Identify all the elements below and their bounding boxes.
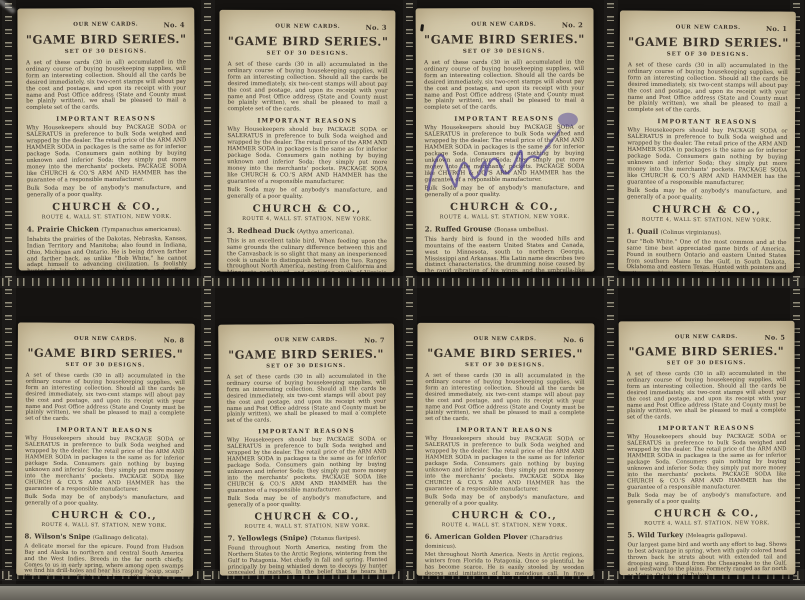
series-subtitle: SET OF 30 DESIGNS. xyxy=(228,51,388,57)
series-title: "GAME BIRD SERIES." xyxy=(628,35,788,50)
company-name: CHURCH & CO., xyxy=(425,201,585,213)
card-header: OUR NEW CARDS. No. 7 xyxy=(226,337,385,344)
our-new-cards-label: OUR NEW CARDS. xyxy=(675,334,738,340)
card-no-2: OUR NEW CARDS. No. 2 "GAME BIRD SERIES."… xyxy=(416,8,595,273)
bulk-soda-note: Bulk Soda may be of anybody's manufactur… xyxy=(425,186,585,199)
series-title: "GAME BIRD SERIES." xyxy=(228,34,388,49)
bulk-soda-note: Bulk Soda may be of anybody's manufactur… xyxy=(227,188,387,201)
company-address: ROUTE 4, WALL ST. STATION, NEW YORK. xyxy=(425,214,585,220)
intro-paragraph: A set of these cards (30 in all) accumul… xyxy=(628,63,788,115)
card-no-7: OUR NEW CARDS. No. 7 "GAME BIRD SERIES."… xyxy=(218,323,396,575)
company-address: ROUTE 4, WALL ST. STATION, NEW YORK. xyxy=(627,521,786,527)
bird-description: This is an excellent table bird. When fe… xyxy=(227,238,387,272)
bird-entry-heading: 6.American Golden Plover (Charadrius dom… xyxy=(425,534,584,552)
card-header: OUR NEW CARDS. No. 8 xyxy=(26,336,185,343)
bird-description: Met throughout North America. Nests in A… xyxy=(425,553,584,577)
card-number: No. 4 xyxy=(164,21,185,29)
intro-paragraph: A set of these cards (30 in all) accumul… xyxy=(26,60,186,112)
card-content: OUR NEW CARDS. No. 5 "GAME BIRD SERIES."… xyxy=(619,321,795,576)
intro-paragraph: A set of these cards (30 in all) accumul… xyxy=(227,374,387,425)
our-new-cards-label: OUR NEW CARDS. xyxy=(471,22,536,28)
bulk-soda-note: Bulk Soda may be of anybody's manufactur… xyxy=(425,495,584,508)
bulk-soda-note: Bulk Soda may be of anybody's manufactur… xyxy=(627,493,786,506)
important-reasons-heading: IMPORTANT REASONS xyxy=(227,117,387,125)
reasons-paragraph: Why Housekeepers should buy PACKAGE SODA… xyxy=(424,125,584,183)
card-header: OUR NEW CARDS. No. 6 xyxy=(425,336,584,342)
series-title: "GAME BIRD SERIES." xyxy=(424,32,584,47)
card-number: No. 3 xyxy=(366,23,387,31)
card-no-5: OUR NEW CARDS. No. 5 "GAME BIRD SERIES."… xyxy=(619,321,796,576)
bird-name: Wild Turkey xyxy=(637,531,683,539)
card-header: OUR NEW CARDS. No. 2 xyxy=(424,22,584,28)
company-name: CHURCH & CO., xyxy=(227,203,387,215)
bird-latin-name: (Aythya americana). xyxy=(297,229,354,236)
our-new-cards-label: OUR NEW CARDS. xyxy=(275,24,340,30)
important-reasons-heading: IMPORTANT REASONS xyxy=(25,426,184,434)
bird-entry-number: 4. xyxy=(27,225,34,233)
reasons-paragraph: Why Housekeepers should buy PACKAGE SODA… xyxy=(25,436,185,493)
card-number: No. 6 xyxy=(563,336,584,344)
bulk-soda-note: Bulk Soda may be of anybody's manufactur… xyxy=(25,495,184,509)
bird-entry-number: 8. xyxy=(24,532,31,540)
series-subtitle: SET OF 30 DESIGNS. xyxy=(628,51,788,58)
bird-name: Yellowlegs (Snipe) xyxy=(238,534,308,543)
card-number: No. 1 xyxy=(766,24,787,33)
bird-latin-name: (Totanus flavipes). xyxy=(310,535,360,542)
bird-entry-heading: 1.Quail (Colinus virginianus). xyxy=(627,228,787,238)
company-name: CHURCH & CO., xyxy=(228,511,387,523)
bird-latin-name: (Colinus virginianus). xyxy=(661,229,722,236)
card-content: OUR NEW CARDS. No. 4 "GAME BIRD SERIES."… xyxy=(17,8,195,271)
bird-entry-number: 1. xyxy=(627,227,634,235)
series-title: "GAME BIRD SERIES." xyxy=(425,346,584,360)
company-address: ROUTE 4, WALL ST. STATION, NEW YORK. xyxy=(627,217,787,224)
series-title: "GAME BIRD SERIES." xyxy=(26,346,185,361)
stitch-seam-col1 xyxy=(201,0,215,584)
stitch-seam-col3 xyxy=(604,0,618,584)
bird-description: A delicate morsel for the epicure. Found… xyxy=(24,544,184,577)
reasons-paragraph: Why Housekeepers should buy PACKAGE SODA… xyxy=(627,128,787,187)
company-address: ROUTE 4, WALL ST. STATION, NEW YORK. xyxy=(425,523,584,529)
bird-name: Ruffed Grouse xyxy=(435,225,492,234)
company-name: CHURCH & CO., xyxy=(25,510,184,522)
reasons-paragraph: Why Housekeepers should buy PACKAGE SODA… xyxy=(627,434,786,490)
company-name: CHURCH & CO., xyxy=(27,201,187,213)
intro-paragraph: A set of these cards (30 in all) accumul… xyxy=(425,373,584,423)
card-content: OUR NEW CARDS. No. 1 "GAME BIRD SERIES."… xyxy=(618,10,796,272)
bird-description: Our largest game bird and worth any effo… xyxy=(627,542,786,575)
company-address: ROUTE 4, WALL ST. STATION, NEW YORK. xyxy=(27,214,187,220)
bird-description: Inhabits the prairies of the Dakotas, Ne… xyxy=(27,236,187,270)
card-header: OUR NEW CARDS. No. 5 xyxy=(627,334,786,340)
bird-entry-heading: 2.Ruffed Grouse (Bonasa umbellus). xyxy=(425,226,585,235)
card-header: OUR NEW CARDS. No. 1 xyxy=(628,24,788,31)
important-reasons-heading: IMPORTANT REASONS xyxy=(26,115,186,123)
series-subtitle: SET OF 30 DESIGNS. xyxy=(26,49,186,55)
series-subtitle: SET OF 30 DESIGNS. xyxy=(424,49,584,55)
our-new-cards-label: OUR NEW CARDS. xyxy=(676,25,741,31)
bird-entry-heading: 3.Redhead Duck (Aythya americana). xyxy=(227,228,387,237)
bird-name: Prairie Chicken xyxy=(37,225,99,234)
intro-paragraph: A set of these cards (30 in all) accumul… xyxy=(627,371,786,421)
important-reasons-heading: IMPORTANT REASONS xyxy=(424,115,584,123)
card-content: OUR NEW CARDS. No. 8 "GAME BIRD SERIES."… xyxy=(16,322,193,576)
important-reasons-heading: IMPORTANT REASONS xyxy=(627,424,786,432)
bird-entry-heading: 4.Prairie Chicken (Tympanuchus americanu… xyxy=(27,225,187,235)
card-number: No. 8 xyxy=(164,336,185,344)
series-title: "GAME BIRD SERIES." xyxy=(627,344,786,358)
our-new-cards-label: OUR NEW CARDS. xyxy=(74,336,137,342)
series-title: "GAME BIRD SERIES." xyxy=(26,32,186,47)
bird-entry-number: 2. xyxy=(425,225,432,233)
important-reasons-heading: IMPORTANT REASONS xyxy=(425,426,584,434)
important-reasons-heading: IMPORTANT REASONS xyxy=(227,427,386,435)
page-bottom-strip xyxy=(0,584,805,600)
our-new-cards-label: OUR NEW CARDS. xyxy=(274,337,337,343)
reasons-paragraph: Why Housekeepers should buy PACKAGE SODA… xyxy=(425,436,584,492)
card-no-6: OUR NEW CARDS. No. 6 "GAME BIRD SERIES."… xyxy=(417,323,595,577)
card-no-8: OUR NEW CARDS. No. 8 "GAME BIRD SERIES."… xyxy=(16,322,195,576)
bird-entry-number: 7. xyxy=(228,534,235,542)
important-reasons-heading: IMPORTANT REASONS xyxy=(627,118,787,127)
stitch-seam-left xyxy=(2,0,16,584)
card-no-4: OUR NEW CARDS. No. 4 "GAME BIRD SERIES."… xyxy=(17,8,195,271)
card-content: OUR NEW CARDS. No. 6 "GAME BIRD SERIES."… xyxy=(417,323,593,577)
card-number: No. 5 xyxy=(765,333,786,341)
series-subtitle: SET OF 30 DESIGNS. xyxy=(425,362,584,368)
bird-latin-name: (Bonasa umbellus). xyxy=(494,227,548,234)
bulk-soda-note: Bulk Soda may be of anybody's manufactur… xyxy=(627,188,787,202)
intro-paragraph: A set of these cards (30 in all) accumul… xyxy=(424,60,584,112)
bird-entry-number: 3. xyxy=(227,227,234,235)
bird-entry-number: 5. xyxy=(627,531,634,539)
bulk-soda-note: Bulk Soda may be of anybody's manufactur… xyxy=(227,496,386,510)
intro-paragraph: A set of these cards (30 in all) accumul… xyxy=(25,373,185,424)
bird-description: Found throughout North America, nesting … xyxy=(228,545,388,576)
bird-entry-heading: 5.Wild Turkey (Meleagris gallopava). xyxy=(627,532,786,541)
bulk-soda-note: Bulk Soda may be of anybody's manufactur… xyxy=(27,186,187,200)
stitch-seam-middle xyxy=(0,276,805,288)
intro-paragraph: A set of these cards (30 in all) accumul… xyxy=(227,62,387,114)
bird-latin-name: (Meleagris gallopava). xyxy=(686,533,747,540)
card-content: OUR NEW CARDS. No. 2 "GAME BIRD SERIES."… xyxy=(416,8,594,273)
bird-entry-heading: 8.Wilson's Snipe (Gallinago delicata). xyxy=(24,533,183,543)
series-subtitle: SET OF 30 DESIGNS. xyxy=(627,360,786,366)
company-address: ROUTE 4, WALL ST. STATION, NEW YORK. xyxy=(227,216,387,222)
card-header: OUR NEW CARDS. No. 4 xyxy=(26,22,186,28)
our-new-cards-label: OUR NEW CARDS. xyxy=(474,336,537,342)
company-address: ROUTE 4, WALL ST. STATION, NEW YORK. xyxy=(25,522,184,529)
card-content: OUR NEW CARDS. No. 7 "GAME BIRD SERIES."… xyxy=(218,323,395,575)
card-content: OUR NEW CARDS. No. 3 "GAME BIRD SERIES."… xyxy=(219,10,396,273)
series-subtitle: SET OF 30 DESIGNS. xyxy=(227,363,386,370)
bird-name: American Golden Plover xyxy=(435,533,528,541)
card-no-3: OUR NEW CARDS. No. 3 "GAME BIRD SERIES."… xyxy=(219,10,396,273)
bird-description: This hardy bird is found in the wooded h… xyxy=(425,236,585,272)
bird-description: Our "Bob White." One of the most common … xyxy=(626,239,786,273)
card-no-1: OUR NEW CARDS. No. 1 "GAME BIRD SERIES."… xyxy=(618,10,796,272)
bird-latin-name: (Gallinago delicata). xyxy=(93,535,149,542)
company-name: CHURCH & CO., xyxy=(425,510,584,521)
card-album-page: OUR NEW CARDS. No. 4 "GAME BIRD SERIES."… xyxy=(0,0,805,600)
card-number: No. 7 xyxy=(364,336,385,344)
card-header: OUR NEW CARDS. No. 3 xyxy=(228,24,388,30)
card-number: No. 2 xyxy=(562,21,583,29)
company-name: CHURCH & CO., xyxy=(627,204,787,216)
bird-name: Wilson's Snipe xyxy=(34,532,90,540)
bird-entry-number: 6. xyxy=(425,533,432,541)
bird-latin-name: (Tympanuchus americanus). xyxy=(101,226,181,233)
bird-name: Quail xyxy=(637,227,658,236)
series-subtitle: SET OF 30 DESIGNS. xyxy=(26,362,185,369)
bird-entry-heading: 7.Yellowlegs (Snipe) (Totanus flavipes). xyxy=(228,534,387,544)
company-name: CHURCH & CO., xyxy=(627,508,786,519)
bird-name: Redhead Duck xyxy=(237,227,294,236)
our-new-cards-label: OUR NEW CARDS. xyxy=(73,22,138,28)
company-address: ROUTE 4, WALL ST. STATION, NEW YORK. xyxy=(228,523,387,530)
reasons-paragraph: Why Housekeepers should buy PACKAGE SODA… xyxy=(227,127,387,185)
series-title: "GAME BIRD SERIES." xyxy=(226,347,385,362)
reasons-paragraph: Why Housekeepers should buy PACKAGE SODA… xyxy=(26,125,186,184)
reasons-paragraph: Why Housekeepers should buy PACKAGE SODA… xyxy=(227,437,387,494)
